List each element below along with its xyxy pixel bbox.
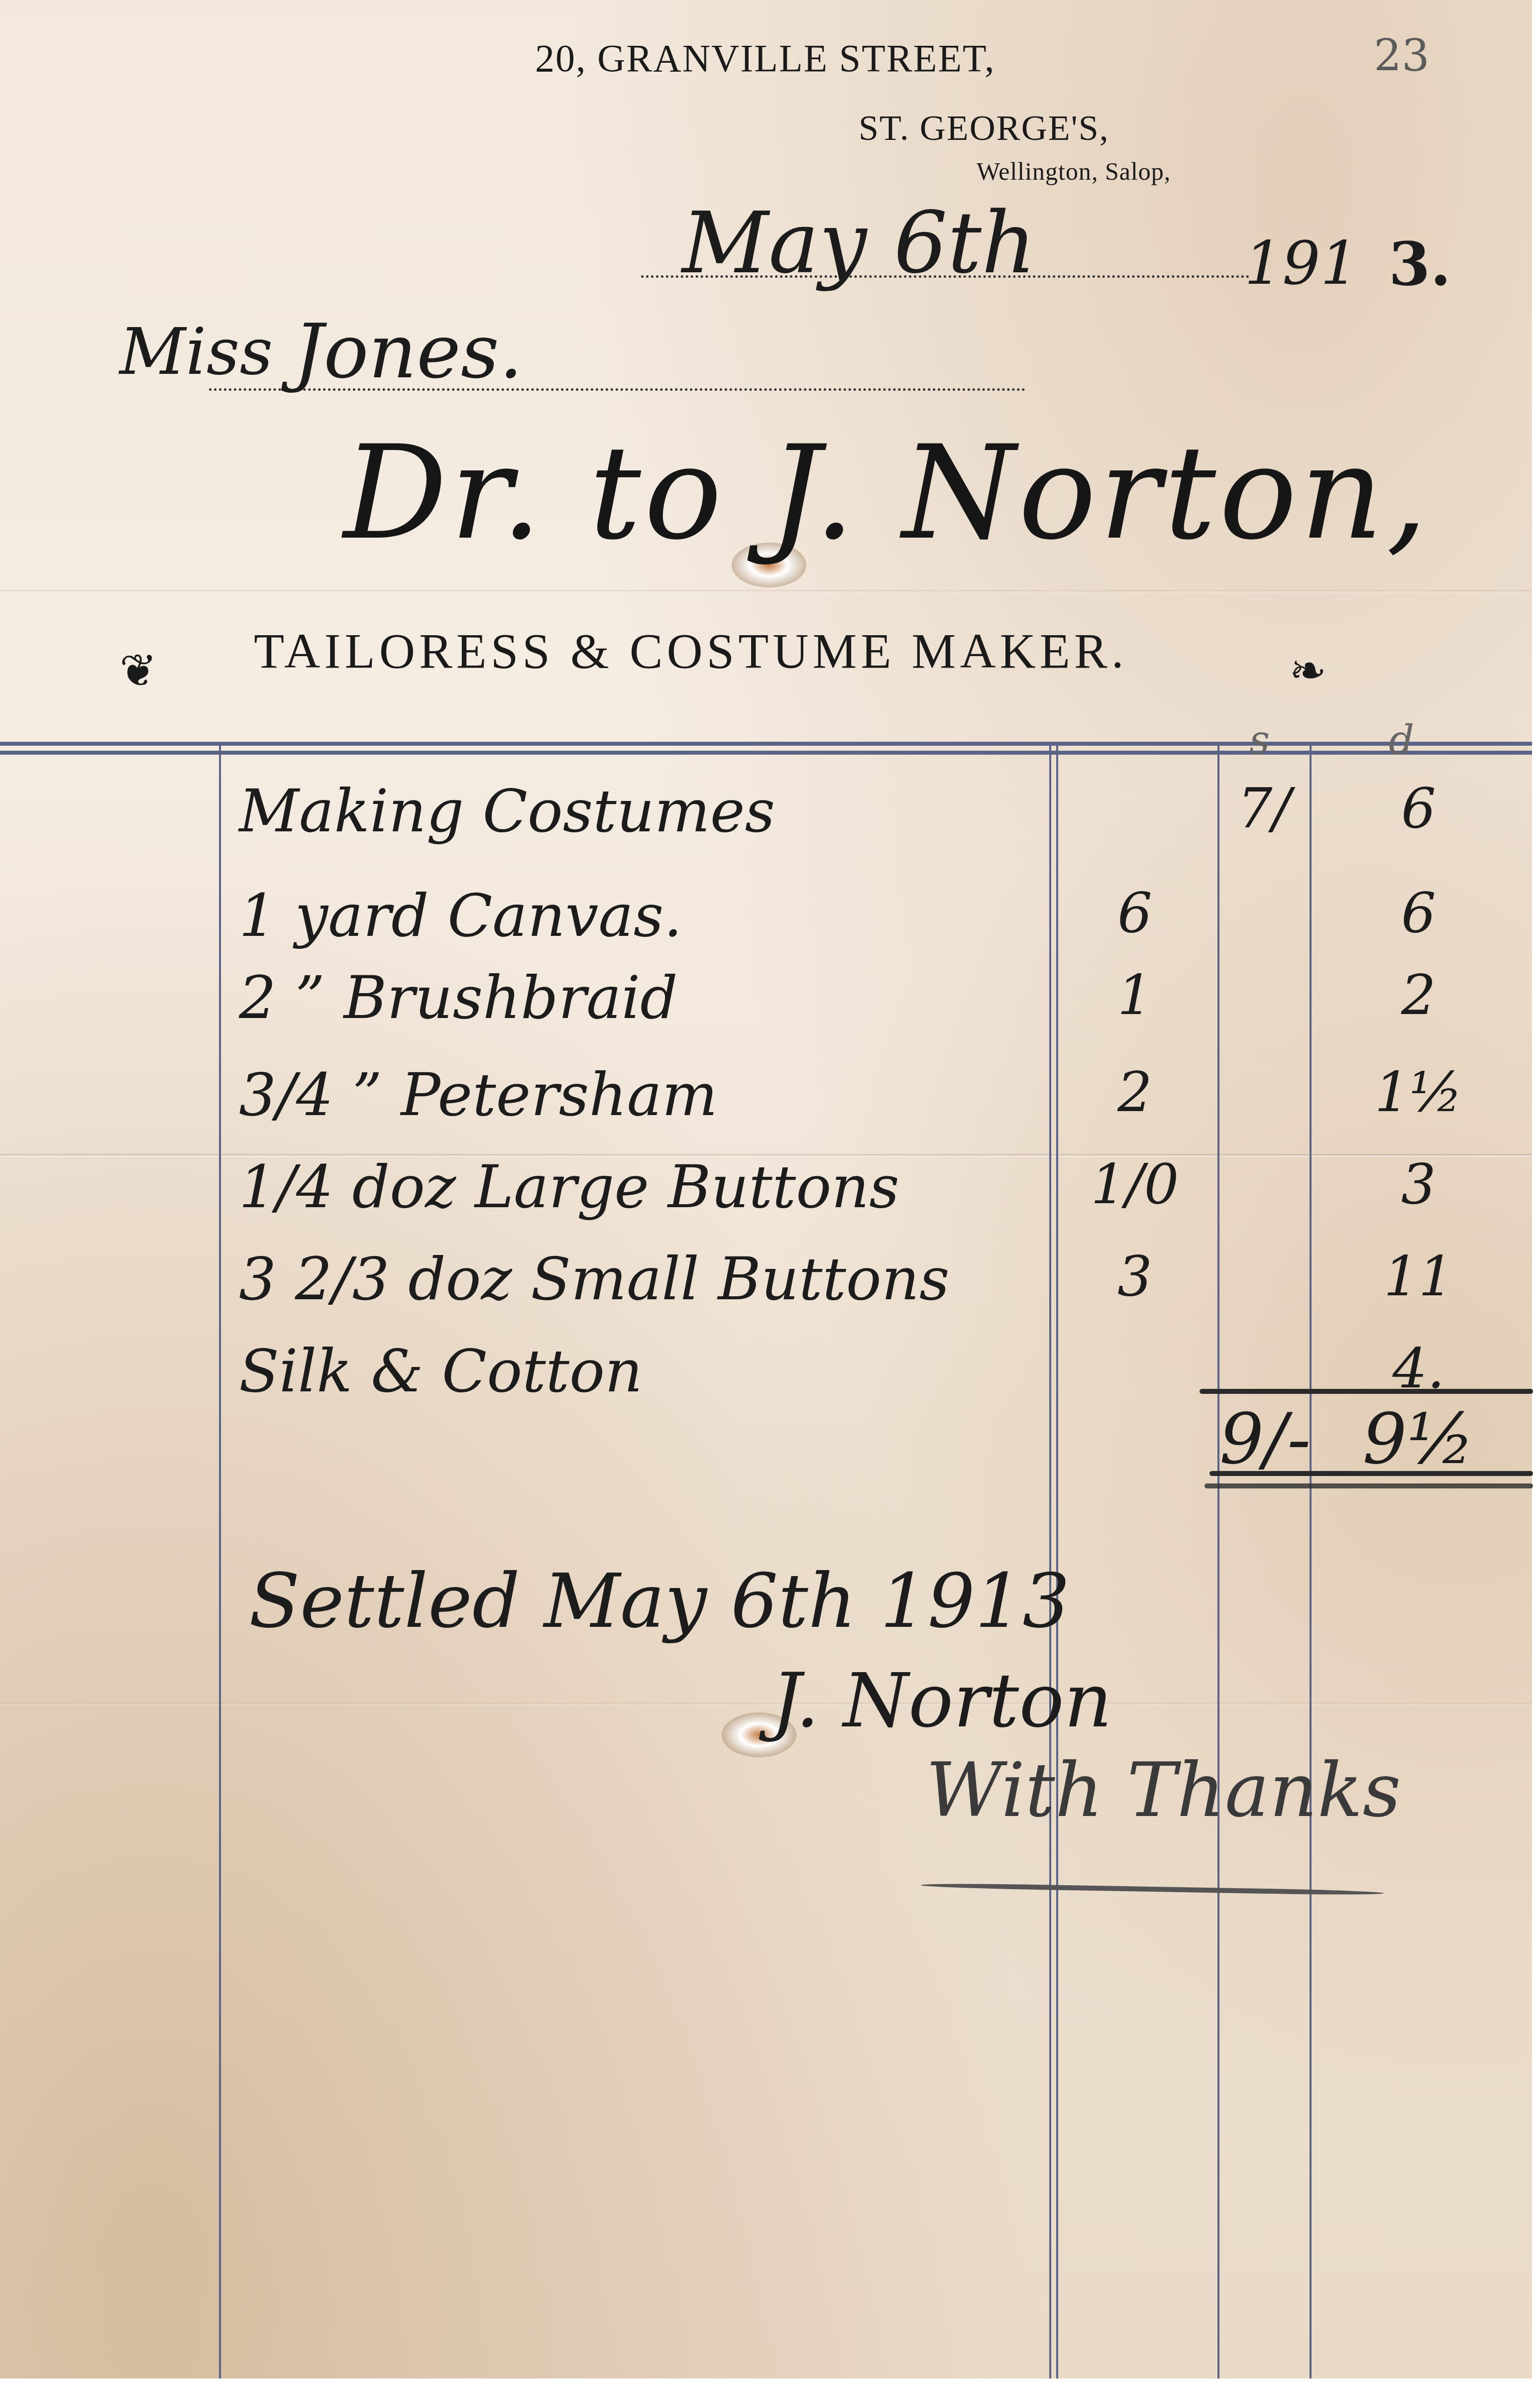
item-shillings: 7/ bbox=[1219, 777, 1309, 840]
address-line-2: ST. GEORGE'S, bbox=[859, 108, 1109, 149]
item-pence: 1½ bbox=[1314, 1060, 1523, 1124]
shillings-header: s bbox=[1249, 717, 1270, 763]
fold-crease bbox=[0, 1702, 1532, 1705]
fold-crease bbox=[0, 590, 1532, 593]
total-shillings: 9/- bbox=[1219, 1399, 1309, 1480]
total-rule bbox=[1200, 1389, 1533, 1394]
item-unit-price: 2 bbox=[1085, 1060, 1185, 1124]
invoice-date: May 6th bbox=[682, 194, 1036, 293]
item-unit-price: 6 bbox=[1085, 881, 1185, 945]
pence-header: d bbox=[1389, 717, 1414, 763]
item-unit-price: 3 bbox=[1085, 1245, 1185, 1308]
settled-line: Settled May 6th 1913 bbox=[249, 1558, 1070, 1645]
year-handwritten-digit: 3. bbox=[1389, 229, 1451, 299]
ornament-flourish-icon: ❦ bbox=[119, 645, 157, 697]
customer-title: Miss bbox=[119, 314, 273, 389]
item-unit-price: 1/0 bbox=[1085, 1152, 1185, 1216]
item-description: Silk & Cotton bbox=[239, 1337, 643, 1405]
item-pence: 11 bbox=[1314, 1245, 1523, 1308]
address-line-3: Wellington, Salop, bbox=[977, 157, 1171, 186]
item-pence: 6 bbox=[1314, 881, 1523, 945]
address-line-1: 20, GRANVILLE STREET, bbox=[535, 36, 995, 81]
creditor-line: Dr. to J. Norton, bbox=[343, 418, 1430, 568]
item-description: Making Costumes bbox=[239, 777, 775, 845]
customer-name: Jones. bbox=[294, 309, 523, 395]
item-description: 3/4 ” Petersham bbox=[239, 1060, 718, 1129]
item-pence: 2 bbox=[1314, 963, 1523, 1027]
item-description: 1/4 doz Large Buttons bbox=[239, 1152, 899, 1221]
item-description: 1 yard Canvas. bbox=[239, 881, 682, 950]
item-unit-price: 1 bbox=[1085, 963, 1185, 1027]
total-rule bbox=[1205, 1483, 1533, 1488]
page-number: 23 bbox=[1374, 30, 1430, 81]
year-printed-prefix: 191 bbox=[1244, 229, 1358, 298]
total-pence: 9½ bbox=[1314, 1399, 1523, 1480]
ledger-top-rule bbox=[0, 742, 1532, 746]
ledger-column-line bbox=[1310, 743, 1312, 2379]
ledger-margin-line bbox=[219, 743, 221, 2379]
ledger-column-line bbox=[1217, 743, 1219, 2379]
item-description: 3 2/3 doz Small Buttons bbox=[239, 1245, 949, 1313]
ornament-flourish-icon: ❧ bbox=[1289, 645, 1326, 697]
trade-line: TAILORESS & COSTUME MAKER. bbox=[254, 622, 1128, 680]
item-pence: 6 bbox=[1314, 777, 1523, 840]
item-description: 2 ” Brushbraid bbox=[239, 963, 678, 1032]
ledger-top-rule bbox=[0, 751, 1532, 755]
item-pence: 3 bbox=[1314, 1152, 1523, 1216]
signature: J. Norton bbox=[771, 1658, 1112, 1744]
closing-note: With Thanks bbox=[926, 1747, 1401, 1834]
